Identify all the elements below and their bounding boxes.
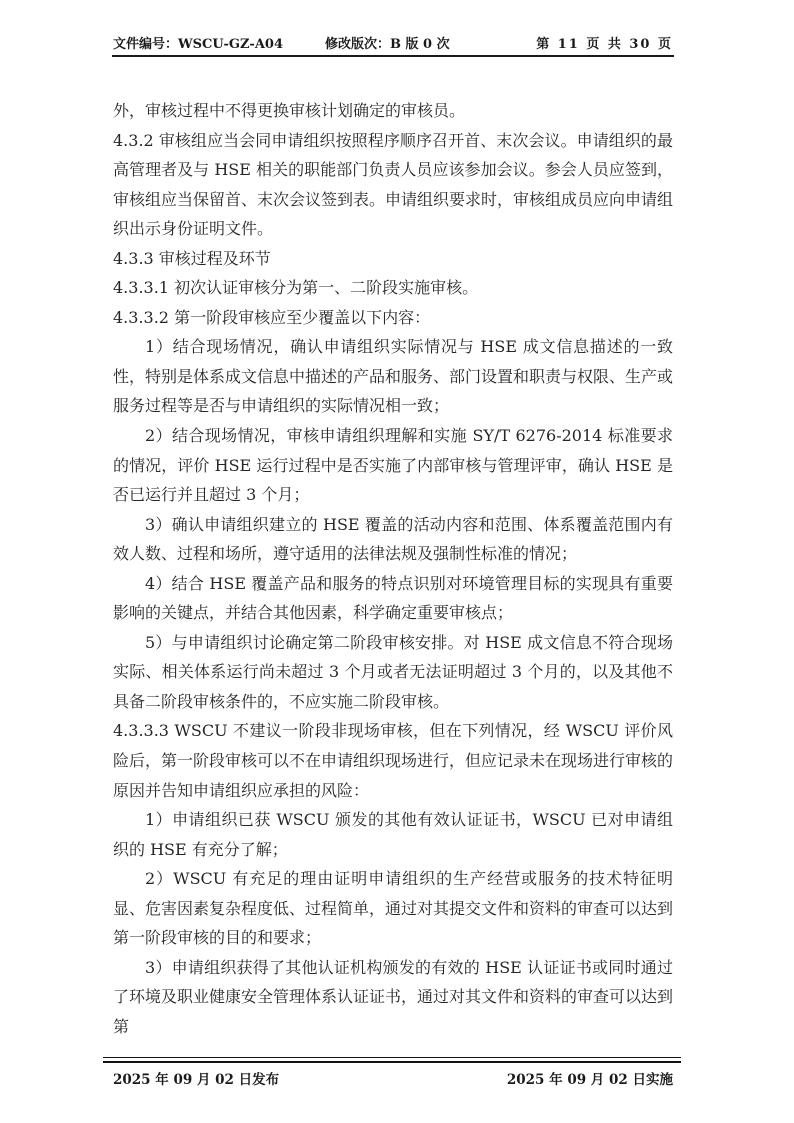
doc-number: 文件编号：WSCU-GZ-A04	[113, 33, 283, 52]
list-item-3: 3）确认申请组织建立的 HSE 覆盖的活动内容和范围、体系覆盖范围内有效人数、过…	[113, 510, 673, 569]
document-page: 文件编号：WSCU-GZ-A04 修改版次：B 版 0 次 第 11 页 共 3…	[0, 0, 794, 1123]
clause-4-3-3-1: 4.3.3.1 初次认证审核分为第一、二阶段实施审核。	[113, 273, 673, 303]
risk-item-1: 1）申请组织已获 WSCU 颁发的其他有效认证证书，WSCU 已对申请组织的 H…	[113, 805, 673, 864]
list-item-5: 5）与申请组织讨论确定第二阶段审核安排。对 HSE 成文信息不符合现场实际、相关…	[113, 628, 673, 717]
clause-4-3-3-3: 4.3.3.3 WSCU 不建议一阶段非现场审核，但在下列情况，经 WSCU 评…	[113, 716, 673, 805]
revision-version: 修改版次：B 版 0 次	[325, 33, 450, 52]
risk-item-3: 3）申请组织获得了其他认证机构颁发的有效的 HSE 认证证书或同时通过了环境及职…	[113, 953, 673, 1042]
footer-double-divider	[103, 1057, 681, 1063]
page-header: 文件编号：WSCU-GZ-A04 修改版次：B 版 0 次 第 11 页 共 3…	[113, 33, 673, 52]
page-footer: 2025 年 09 月 02 日发布 2025 年 09 月 02 日实施	[113, 1068, 673, 1088]
header-divider	[112, 55, 674, 57]
implement-date: 2025 年 09 月 02 日实施	[507, 1068, 673, 1088]
list-item-2: 2）结合现场情况，审核申请组织理解和实施 SY/T 6276-2014 标准要求…	[113, 421, 673, 510]
clause-4-3-3-2: 4.3.3.2 第一阶段审核应至少覆盖以下内容：	[113, 303, 673, 333]
list-item-1: 1）结合现场情况，确认申请组织实际情况与 HSE 成文信息描述的一致性，特别是体…	[113, 332, 673, 421]
clause-4-3-2: 4.3.2 审核组应当会同申请组织按照程序顺序召开首、末次会议。申请组织的最高管…	[113, 126, 673, 244]
release-date: 2025 年 09 月 02 日发布	[113, 1068, 279, 1088]
paragraph-continuation: 外，审核过程中不得更换审核计划确定的审核员。	[113, 96, 673, 126]
page-number-info: 第 11 页 共 30 页	[536, 33, 673, 52]
list-item-4: 4）结合 HSE 覆盖产品和服务的特点识别对环境管理目标的实现具有重要影响的关键…	[113, 569, 673, 628]
document-body: 外，审核过程中不得更换审核计划确定的审核员。 4.3.2 审核组应当会同申请组织…	[113, 96, 673, 1042]
clause-4-3-3-heading: 4.3.3 审核过程及环节	[113, 244, 673, 274]
risk-item-2: 2）WSCU 有充足的理由证明申请组织的生产经营或服务的技术特征明显、危害因素复…	[113, 864, 673, 953]
